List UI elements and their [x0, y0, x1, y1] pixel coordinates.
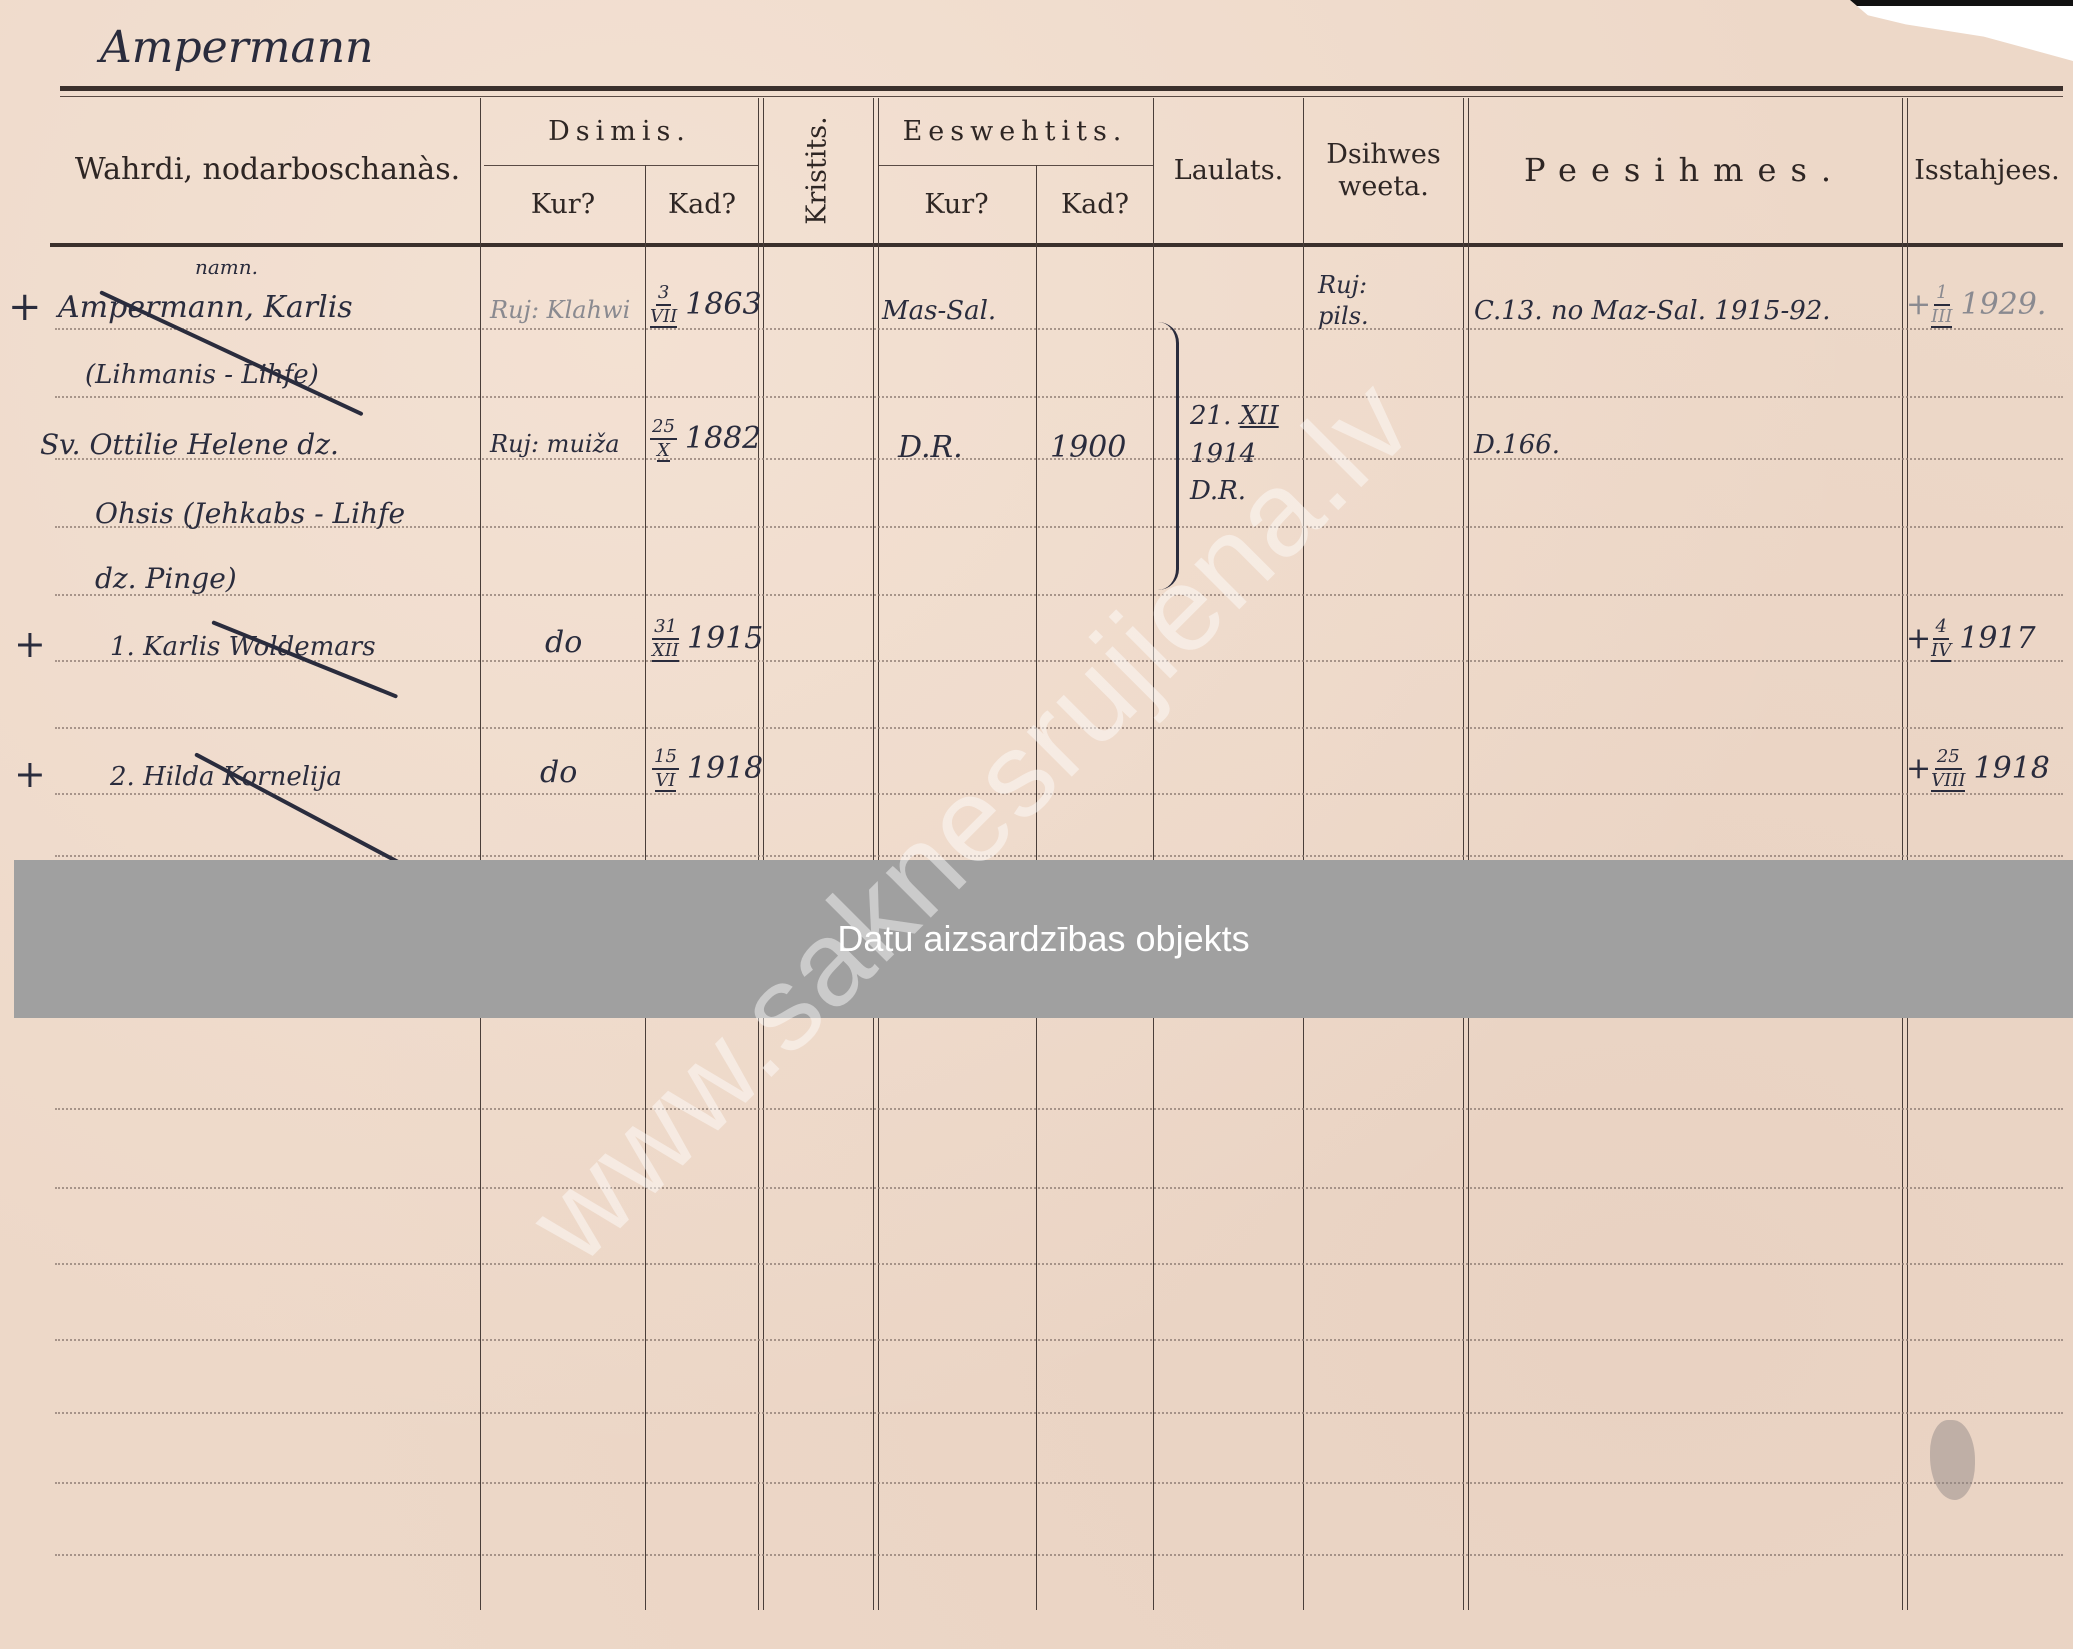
entry-3-departed: +4IV1917 [1906, 618, 2036, 662]
header-bottom-rule [50, 243, 2063, 247]
row-line [55, 1108, 2063, 1110]
entry-3-birth-year: 1915 [687, 621, 763, 656]
entry-1-birth-daymonth: 3VII [650, 284, 677, 328]
entry-1-departed-month: III [1931, 306, 1952, 328]
entry-3-departed-month: IV [1931, 640, 1951, 662]
entry-2-birth-day: 25 [650, 418, 677, 440]
header-birth: Dsimis. [481, 98, 758, 165]
entry-1-birth-year: 1863 [685, 287, 761, 322]
entry-3-departed-year: 1917 [1959, 621, 2035, 656]
paper-stain [1930, 1420, 1975, 1500]
entry-1-name-correction: namn. [195, 255, 258, 279]
row-line [55, 1482, 2063, 1484]
header-departed: Isstahjees. [1906, 98, 2068, 243]
entry-4-departed-day: 25 [1935, 748, 1962, 770]
row-line [55, 1263, 2063, 1265]
entry-2-birth-where: Ruj: muiža [490, 430, 620, 458]
entry-2-name: Sv. Ottilie Helene dz. [40, 428, 339, 461]
entry-2-name-line2: Ohsis (Jehkabs - Lihfe [95, 497, 405, 530]
entry-4-departed-month: VIII [1931, 770, 1965, 792]
entry-3-departed-daymonth: 4IV [1931, 618, 1951, 662]
entry-4-departed-year: 1918 [1973, 751, 2049, 786]
row-line [55, 328, 2063, 330]
col-line-8 [1463, 98, 1469, 1610]
watermark: www.saknesrujiena.lv [502, 351, 1439, 1288]
entry-3-birth-where: do [545, 625, 582, 660]
entry-3-birth-daymonth: 31XII [652, 618, 679, 662]
entry-3-departed-mark: + [1906, 621, 1931, 656]
entry-2-confirmed-when: 1900 [1050, 430, 1126, 465]
entry-2-birth-daymonth: 25X [650, 418, 677, 462]
header-confirmed-where: Kur? [877, 166, 1036, 243]
entry-4-name: 2. Hilda Kornelija [110, 762, 342, 792]
entry-1-death-mark: + [8, 284, 42, 330]
entry-1-confirmed-where: Mas-Sal. [882, 296, 996, 326]
entry-1-birth-date: 3VII1863 [650, 284, 762, 328]
redaction-bar: Datu aizsardzības objekts [14, 860, 2073, 1018]
entry-2-name-line3: dz. Pinge) [95, 562, 237, 595]
top-rule [60, 86, 2063, 91]
col-line-6 [1153, 98, 1154, 1610]
entry-2-confirmed-where: D.R. [898, 430, 963, 465]
top-rule-thin [60, 96, 2063, 97]
header-birth-when: Kad? [646, 166, 758, 243]
entry-3-death-mark: + [14, 622, 46, 666]
entry-4-birth-where: do [540, 755, 577, 790]
entry-4-departed: +25VIII1918 [1906, 748, 2050, 792]
entry-1-notes: C.13. no Maz-Sal. 1915-92. [1474, 296, 1831, 326]
entry-1-birth-where: Ruj: Klahwi [490, 296, 630, 324]
entry-2-notes: D.166. [1474, 430, 1560, 460]
row-line [55, 1187, 2063, 1189]
header-married: Laulats. [1154, 98, 1303, 243]
entry-1-departed-mark: + [1906, 287, 1931, 322]
entry-1-departed-daymonth: 1III [1931, 284, 1952, 328]
entry-2-birth-date: 25X1882 [650, 418, 761, 462]
entry-4-departed-daymonth: 25VIII [1931, 748, 1965, 792]
torn-corner [1850, 0, 2073, 61]
entry-3-birth-day: 31 [652, 618, 679, 640]
row-line [55, 1412, 2063, 1414]
col-line-1 [480, 98, 481, 1610]
header-confirmed: Eeswehtits. [877, 98, 1153, 165]
row-line [55, 396, 2063, 398]
entry-4-death-mark: + [14, 752, 46, 796]
row-line [55, 1554, 2063, 1556]
entry-4-birth-date: 15VI1918 [652, 748, 763, 792]
entry-1-residence: Ruj: pils. [1318, 270, 1408, 332]
header-baptized-label: Kristits. [802, 116, 833, 224]
entry-4-departed-mark: + [1906, 751, 1931, 786]
entry-2-married-day: 21. [1190, 401, 1231, 431]
entry-1-birth-day: 3 [656, 284, 671, 306]
header-baptized: Kristits. [762, 98, 873, 243]
entry-1-birth-month: VII [650, 306, 677, 328]
entry-4-birth-daymonth: 15VI [652, 748, 679, 792]
header-notes: Peesihmes. [1467, 98, 1902, 243]
row-line [55, 855, 2063, 857]
entry-3-birth-month: XII [652, 640, 679, 662]
row-line [55, 1339, 2063, 1341]
entry-3-birth-date: 31XII1915 [652, 618, 763, 662]
header-residence: Dsihwes weeta. [1304, 98, 1463, 243]
header-confirmed-when: Kad? [1037, 166, 1153, 243]
register-page: Ampermann Wahrdi, nodarboschanàs. Dsimis… [0, 0, 2073, 1649]
entry-3-departed-day: 4 [1933, 618, 1948, 640]
entry-4-birth-year: 1918 [687, 751, 763, 786]
entry-2-birth-month: X [657, 440, 670, 462]
entry-1-departed-day: 1 [1934, 284, 1949, 306]
col-line-7 [1303, 98, 1304, 1610]
header-birth-where: Kur? [481, 166, 645, 243]
entry-1-departed-year: 1929. [1960, 287, 2046, 322]
entry-4-birth-day: 15 [652, 748, 679, 770]
entry-1-departed: +1III1929. [1906, 284, 2046, 328]
row-line [55, 594, 2063, 596]
entry-2-birth-year: 1882 [685, 421, 761, 456]
header-names: Wahrdi, nodarboschanàs. [55, 98, 480, 243]
entry-4-birth-month: VI [655, 770, 675, 792]
surname-heading: Ampermann [100, 22, 373, 73]
